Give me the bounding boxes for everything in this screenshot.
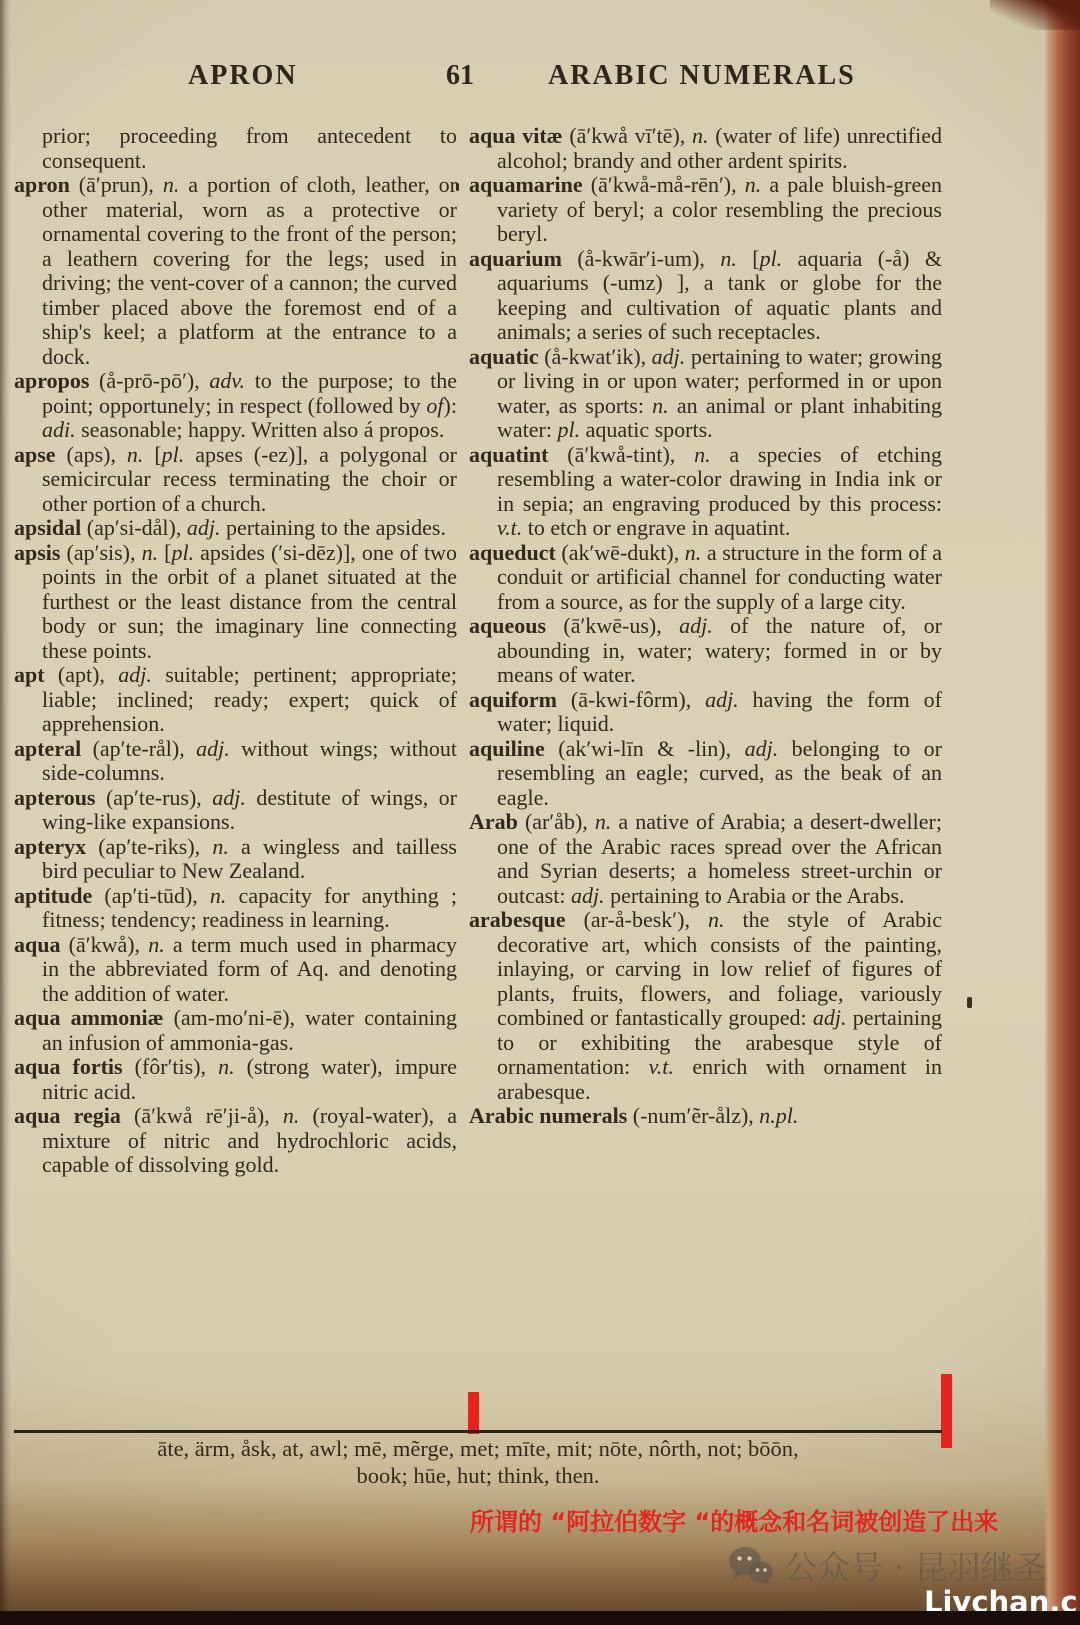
dictionary-entry: Arabic numerals (-num′ẽr-ålz), n.pl. xyxy=(469,1104,942,1129)
header-guide-word-left: APRON xyxy=(188,60,298,92)
dictionary-entry: aquiform (ā-kwi-fôrm), adj. having the f… xyxy=(469,688,942,737)
dictionary-entry: apt (apt), adj. suitable; pertinent; app… xyxy=(14,663,457,737)
watermark-text: 公众号 · 昆羽继圣 xyxy=(784,1542,1046,1589)
headword: aptitude xyxy=(14,883,92,908)
headword: apteryx xyxy=(14,834,86,859)
dictionary-entry: apterous (ap′te-rus), adj. destitute of … xyxy=(14,786,457,835)
column-right: aqua vitæ (ā′kwå vī′tē), n. (water of li… xyxy=(469,124,942,1178)
dictionary-entry: aquatic (å-kwat′ik), adj. pertaining to … xyxy=(469,345,942,443)
annotation-text: 所谓的 “阿拉伯数字 “的概念和名词被创造了出来 xyxy=(470,1502,998,1537)
headword: aquiline xyxy=(469,736,545,761)
dictionary-entry: aptitude (ap′ti-tūd), n. capacity for an… xyxy=(14,884,457,933)
dictionary-entry: apteryx (ap′te-riks), n. a wingless and … xyxy=(14,835,457,884)
dictionary-entry: aqueous (ā′kwē-us), adj. of the nature o… xyxy=(469,614,942,688)
dictionary-entry: aqua regia (ā′kwå rē′ji-å), n. (royal-wa… xyxy=(14,1104,457,1178)
headword: apron xyxy=(14,172,70,197)
watermark: 公众号 · 昆羽继圣 xyxy=(728,1542,1046,1589)
headword: aquatint xyxy=(469,442,548,467)
book-edge-right xyxy=(1044,0,1080,1625)
headword: apropos xyxy=(14,368,89,393)
book-corner-top-right xyxy=(990,0,1080,30)
headword: aquatic xyxy=(469,344,539,369)
dictionary-entry: arabesque (ar-å-besk′), n. the style of … xyxy=(469,908,942,1104)
wechat-icon xyxy=(728,1546,774,1586)
header-guide-word-right: ARABIC NUMERALS xyxy=(548,60,856,92)
dictionary-entry: aqua (ā′kwå), n. a term much used in pha… xyxy=(14,933,457,1007)
highlight-bar-left xyxy=(468,1392,479,1434)
headword: apt xyxy=(14,662,45,687)
dictionary-entry: Arab (ar′åb), n. a native of Arabia; a d… xyxy=(469,810,942,908)
headword: aquarium xyxy=(469,246,562,271)
footer-divider xyxy=(14,1430,942,1433)
headword: Arab xyxy=(469,809,518,834)
dictionary-entry: apsis (ap′sis), n. [pl. apsides (′si-dēz… xyxy=(14,541,457,664)
headword: apteral xyxy=(14,736,81,761)
book-cover-bottom xyxy=(0,1611,1080,1625)
headword: apsis xyxy=(14,540,60,565)
dictionary-entry: aqua fortis (fôr′tis), n. (strong water)… xyxy=(14,1055,457,1104)
dictionary-entry: aqua ammoniæ (am-mo′ni-ē), water contain… xyxy=(14,1006,457,1055)
dictionary-entry: aqueduct (ak′wē-dukt), n. a structure in… xyxy=(469,541,942,615)
ink-speck xyxy=(456,183,459,191)
headword: aqueous xyxy=(469,613,546,638)
dictionary-entry: apteral (ap′te-rål), adj. without wings;… xyxy=(14,737,457,786)
page-edge-left xyxy=(0,0,11,1625)
headword: aquiform xyxy=(469,687,557,712)
dictionary-entry: aquatint (ā′kwå-tint), n. a species of e… xyxy=(469,443,942,541)
dictionary-entry: apsidal (ap′si-dål), adj. pertaining to … xyxy=(14,516,457,541)
page-number: 61 xyxy=(446,60,474,92)
text-columns: prior; proceeding from antecedent to con… xyxy=(14,124,942,1178)
headword: arabesque xyxy=(469,907,566,932)
headword: apsidal xyxy=(14,515,81,540)
dictionary-entry: apse (aps), n. [pl. apses (-ez)], a poly… xyxy=(14,443,457,517)
headword: aqua vitæ xyxy=(469,123,563,148)
headword: aqua fortis xyxy=(14,1054,123,1079)
highlight-bar-right xyxy=(941,1374,952,1448)
headword: aquamarine xyxy=(469,172,583,197)
column-left: prior; proceeding from antecedent to con… xyxy=(14,124,457,1178)
dictionary-entry: aquamarine (ā′kwå-må-rēn′), n. a pale bl… xyxy=(469,173,942,247)
ink-speck xyxy=(967,997,972,1008)
headword: apse xyxy=(14,442,56,467)
headword: apterous xyxy=(14,785,96,810)
dictionary-entry: apron (ā′prun), n. a portion of cloth, l… xyxy=(14,173,457,369)
pronunciation-key-line1: āte, ärm, åsk, at, awl; mē, mẽrge, met; … xyxy=(14,1436,942,1462)
dictionary-page: APRON 61 ARABIC NUMERALS prior; proceedi… xyxy=(0,0,1080,1625)
dictionary-entry: aqua vitæ (ā′kwå vī′tē), n. (water of li… xyxy=(469,124,942,173)
headword: aqueduct xyxy=(469,540,556,565)
headword: aqua xyxy=(14,932,60,957)
headword: Arabic numerals xyxy=(469,1103,627,1128)
dictionary-entry: aquiline (ak′wi-līn & -lin), adj. belong… xyxy=(469,737,942,811)
headword: aqua ammoniæ xyxy=(14,1005,163,1030)
dictionary-entry: prior; proceeding from antecedent to con… xyxy=(14,124,457,173)
pronunciation-key-line2: book; hūe, hut; think, then. xyxy=(14,1463,942,1489)
dictionary-entry: apropos (å-prō-pō′), adv. to the purpose… xyxy=(14,369,457,443)
headword: aqua regia xyxy=(14,1103,121,1128)
dictionary-entry: aquarium (å-kwār′i-um), n. [pl. aquaria … xyxy=(469,247,942,345)
